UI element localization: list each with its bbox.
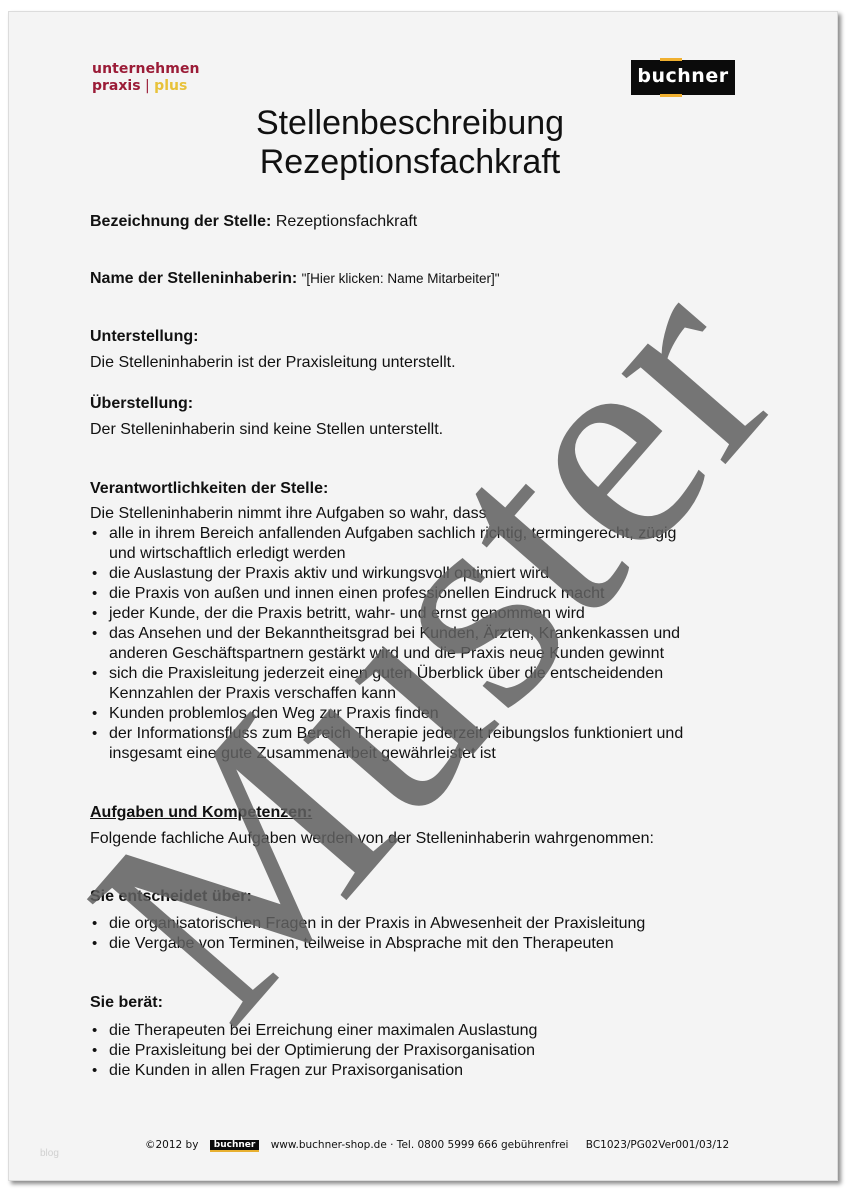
list-item-line: sich die Praxisleitung jederzeit einen g… [109, 664, 683, 684]
logo-accent-bar [660, 58, 682, 61]
list-item: sich die Praxisleitung jederzeit einen g… [90, 664, 683, 704]
field-value: Rezeptionsfachkraft [276, 213, 417, 230]
section-heading-unterstellung: Unterstellung: [90, 327, 198, 347]
field-bezeichnung: Bezeichnung der Stelle: Rezeptionsfachkr… [90, 212, 417, 232]
section-text: Die Stelleninhaberin ist der Praxisleitu… [90, 353, 456, 373]
buchner-logo-text: buchner [631, 65, 735, 87]
document-title: Stellenbeschreibung Rezeptionsfachkraft [0, 104, 820, 182]
section-heading-ueberstellung: Überstellung: [90, 394, 193, 414]
field-label: Bezeichnung der Stelle: [90, 213, 271, 230]
logo-separator: | [145, 78, 150, 94]
list-item-line: die organisatorischen Fragen in der Prax… [109, 914, 645, 934]
list-item: Kunden problemlos den Weg zur Praxis fin… [90, 704, 683, 724]
list-item-line: die Vergabe von Terminen, teilweise in A… [109, 934, 645, 954]
footer-document-code: BC1023/PG02Ver001/03/12 [586, 1139, 729, 1151]
section-heading-beraet: Sie berät: [90, 993, 163, 1013]
title-line-1: Stellenbeschreibung [0, 104, 820, 143]
list-item-line: alle in ihrem Bereich anfallenden Aufgab… [109, 524, 683, 544]
unternehmen-praxis-plus-logo: unternehmen praxis | plus [92, 61, 200, 95]
logo-plus: plus [154, 78, 187, 94]
list-item: die Auslastung der Praxis aktiv und wirk… [90, 564, 683, 584]
logo-praxis: praxis [92, 78, 141, 94]
responsibilities-list: alle in ihrem Bereich anfallenden Aufgab… [90, 524, 683, 764]
list-item: der Informationsfluss zum Bereich Therap… [90, 724, 683, 764]
list-item-line: die Therapeuten bei Erreichung einer max… [109, 1021, 537, 1041]
list-item-line: die Kunden in allen Fragen zur Praxisorg… [109, 1061, 537, 1081]
list-item: alle in ihrem Bereich anfallenden Aufgab… [90, 524, 683, 564]
list-item-line: das Ansehen und der Bekanntheitsgrad bei… [109, 624, 683, 644]
list-item-line: die Auslastung der Praxis aktiv und wirk… [109, 564, 683, 584]
section-text: Der Stelleninhaberin sind keine Stellen … [90, 420, 443, 440]
name-placeholder-field[interactable]: "[Hier klicken: Name Mitarbeiter]" [302, 271, 500, 286]
list-item-line: insgesamt eine gute Zusammenarbeit gewäh… [109, 744, 683, 764]
section-heading-verantwortlichkeiten: Verantwortlichkeiten der Stelle: [90, 479, 328, 499]
section-heading-entscheidet: Sie entscheidet über: [90, 887, 252, 907]
list-item: die Praxis von außen und innen einen pro… [90, 584, 683, 604]
list-item-line: die Praxis von außen und innen einen pro… [109, 584, 683, 604]
list-item-line: der Informationsfluss zum Bereich Therap… [109, 724, 683, 744]
list-item-line: Kennzahlen der Praxis verschaffen kann [109, 684, 683, 704]
field-label: Name der Stelleninhaberin: [90, 270, 297, 287]
footer: ©2012 by buchner www.buchner-shop.de · T… [145, 1139, 729, 1152]
footer-copyright: ©2012 by [145, 1139, 198, 1151]
section-heading-aufgaben: Aufgaben und Kompetenzen: [90, 803, 312, 823]
field-stelleninhaberin: Name der Stelleninhaberin: "[Hier klicke… [90, 269, 500, 289]
list-item-line: anderen Geschäftspartnern gestärkt wird … [109, 644, 683, 664]
footer-contact: www.buchner-shop.de · Tel. 0800 5999 666… [271, 1139, 569, 1151]
list-item: die organisatorischen Fragen in der Prax… [90, 914, 645, 934]
logo-line-1: unternehmen [92, 61, 200, 78]
advice-list: die Therapeuten bei Erreichung einer max… [90, 1021, 537, 1081]
list-item-line: und wirtschaftlich erledigt werden [109, 544, 683, 564]
logo-accent-bar [660, 94, 682, 97]
list-item: die Vergabe von Terminen, teilweise in A… [90, 934, 645, 954]
list-item: jeder Kunde, der die Praxis betritt, wah… [90, 604, 683, 624]
list-item-line: Kunden problemlos den Weg zur Praxis fin… [109, 704, 683, 724]
corner-label: blog [40, 1148, 59, 1159]
buchner-logo: buchner [631, 60, 735, 95]
list-item: die Praxisleitung bei der Optimierung de… [90, 1041, 537, 1061]
decisions-list: die organisatorischen Fragen in der Prax… [90, 914, 645, 954]
section-intro: Die Stelleninhaberin nimmt ihre Aufgaben… [90, 504, 487, 524]
list-item: die Therapeuten bei Erreichung einer max… [90, 1021, 537, 1041]
list-item: die Kunden in allen Fragen zur Praxisorg… [90, 1061, 537, 1081]
section-intro: Folgende fachliche Aufgaben werden von d… [90, 829, 654, 849]
list-item: das Ansehen und der Bekanntheitsgrad bei… [90, 624, 683, 664]
title-line-2: Rezeptionsfachkraft [0, 143, 820, 182]
list-item-line: jeder Kunde, der die Praxis betritt, wah… [109, 604, 683, 624]
footer-brand-logo: buchner [210, 1140, 260, 1152]
list-item-line: die Praxisleitung bei der Optimierung de… [109, 1041, 537, 1061]
